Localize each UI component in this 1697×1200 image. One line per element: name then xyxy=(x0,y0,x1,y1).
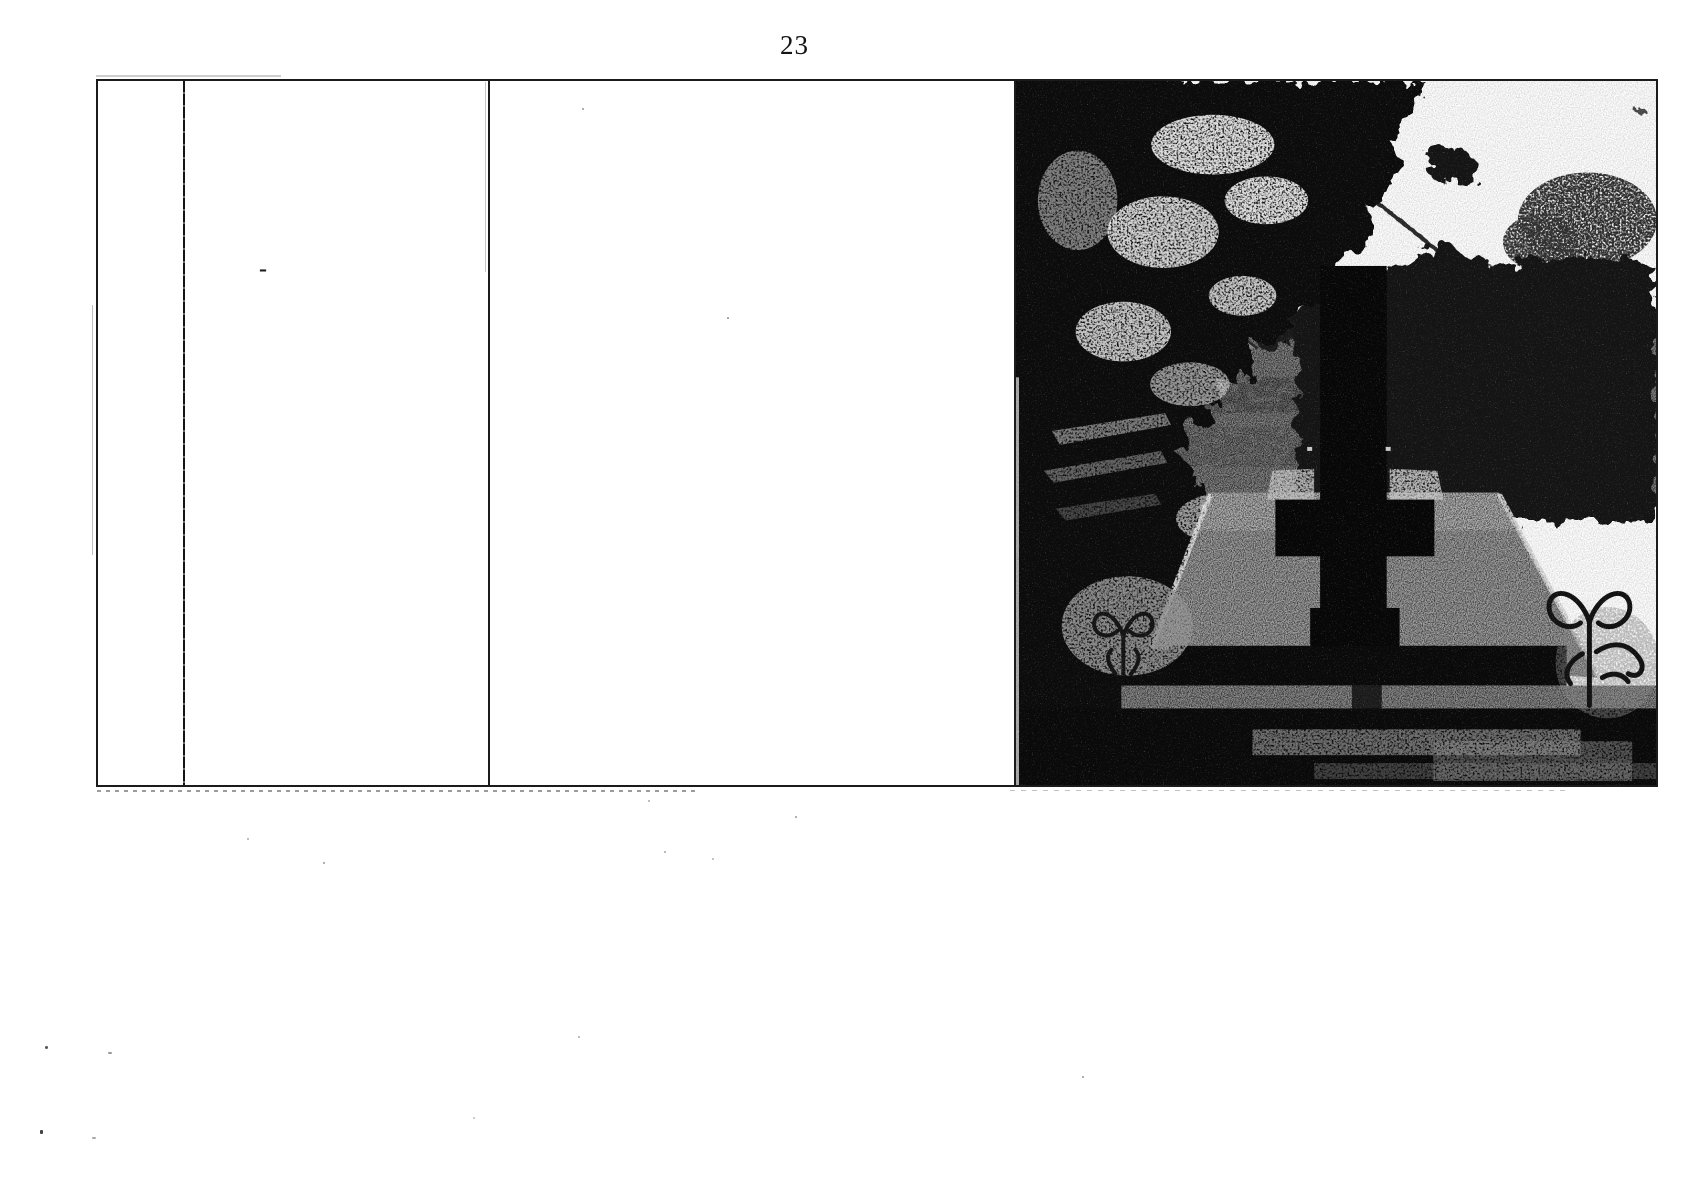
scan-speck xyxy=(45,1046,48,1049)
scan-speck xyxy=(108,1052,112,1054)
scan-speck xyxy=(648,800,650,802)
table-cell-number xyxy=(98,81,183,785)
scan-artifact xyxy=(96,75,281,77)
scan-speck xyxy=(40,1130,43,1134)
scan-speck xyxy=(323,862,325,864)
scan-artifact xyxy=(1010,790,1570,791)
scan-artifact xyxy=(92,305,93,555)
scan-speck xyxy=(582,108,584,110)
dash-mark: - xyxy=(259,255,267,283)
scan-speck xyxy=(602,790,604,792)
grave-photo xyxy=(1016,81,1656,785)
scan-speck xyxy=(247,838,249,840)
photo-grain-overlay xyxy=(1016,81,1656,785)
record-table: - xyxy=(96,79,1658,787)
scan-speck xyxy=(795,816,797,818)
table-cell-details xyxy=(490,81,1014,785)
table-cell-name: - xyxy=(185,81,488,785)
table-cell-photo xyxy=(1016,81,1656,785)
page-number: 23 xyxy=(780,30,809,61)
scan-speck xyxy=(727,317,729,319)
scan-speck xyxy=(664,851,666,853)
scan-speck xyxy=(578,1036,580,1038)
scan-speck xyxy=(473,1117,475,1119)
scan-artifact xyxy=(485,82,486,272)
scan-artifact xyxy=(97,790,697,792)
scan-speck xyxy=(92,1137,96,1139)
scan-speck xyxy=(712,858,714,860)
scan-speck xyxy=(1082,1076,1084,1078)
